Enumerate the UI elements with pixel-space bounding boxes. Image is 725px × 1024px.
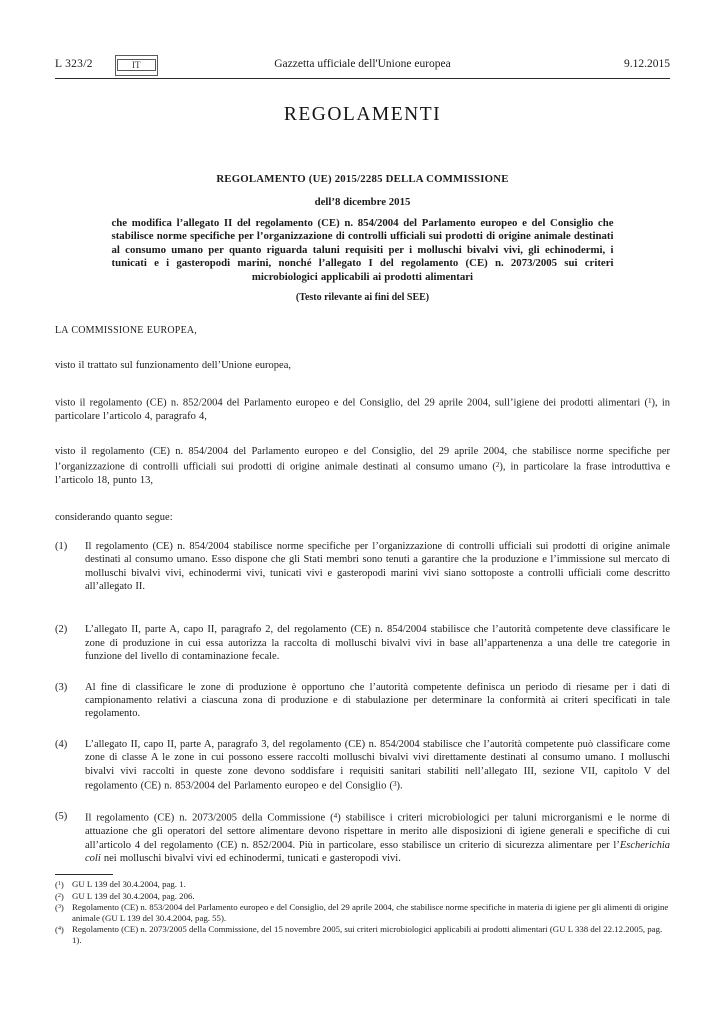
footnote-3: (3) Regolamento (CE) n. 853/2004 del Par… bbox=[55, 902, 670, 924]
footnote-separator-rule bbox=[55, 874, 113, 875]
issue-date: 9.12.2015 bbox=[624, 56, 670, 73]
citation-treaty: visto il trattato sul funzionamento dell… bbox=[55, 359, 670, 372]
recital-3: (3) Al fine di classificare le zone di p… bbox=[55, 681, 670, 721]
recital-text: Il regolamento (CE) n. 854/2004 stabilis… bbox=[85, 540, 670, 594]
recital-5: (5) Il regolamento (CE) n. 2073/2005 del… bbox=[55, 810, 670, 865]
recital-number: (4) bbox=[55, 738, 85, 793]
footnote-marker: (1) bbox=[55, 879, 72, 890]
recital-text: Al fine di classificare le zone di produ… bbox=[85, 681, 670, 721]
recital-2: (2) L’allegato II, parte A, capo II, par… bbox=[55, 623, 670, 663]
recital-number: (5) bbox=[55, 810, 85, 865]
footnote-text: Regolamento (CE) n. 853/2004 del Parlame… bbox=[72, 902, 670, 924]
citation-regulation-854-2004: visto il regolamento (CE) n. 854/2004 de… bbox=[55, 445, 670, 487]
act-subject: che modifica l’allegato II del regolamen… bbox=[112, 217, 614, 284]
footnote-text: Regolamento (CE) n. 2073/2005 della Comm… bbox=[72, 924, 670, 946]
footnote-2: (2) GU L 139 del 30.4.2004, pag. 206. bbox=[55, 891, 670, 902]
recital-1: (1) Il regolamento (CE) n. 854/2004 stab… bbox=[55, 540, 670, 594]
recital-text: L’allegato II, parte A, capo II, paragra… bbox=[85, 623, 670, 663]
footnote-1: (1) GU L 139 del 30.4.2004, pag. 1. bbox=[55, 879, 670, 890]
footnote-marker: (2) bbox=[55, 891, 72, 902]
act-title: REGOLAMENTO (UE) 2015/2285 DELLA COMMISS… bbox=[55, 173, 670, 185]
footnote-marker: (4) bbox=[55, 924, 72, 946]
section-title: REGOLAMENTI bbox=[55, 104, 670, 126]
act-date-line: dell’8 dicembre 2015 bbox=[55, 196, 670, 208]
footnotes-block: (1) GU L 139 del 30.4.2004, pag. 1. (2) … bbox=[55, 879, 670, 946]
recital-4: (4) L’allegato II, capo II, parte A, par… bbox=[55, 738, 670, 793]
recital-number: (2) bbox=[55, 623, 85, 663]
footnote-marker: (3) bbox=[55, 902, 72, 924]
recital-number: (1) bbox=[55, 540, 85, 594]
journal-page: L 323/2 IT Gazzetta ufficiale dell'Union… bbox=[0, 0, 725, 1024]
header-rule bbox=[55, 78, 670, 79]
footnote-text: GU L 139 del 30.4.2004, pag. 206. bbox=[72, 891, 670, 902]
recital-text: L’allegato II, capo II, parte A, paragra… bbox=[85, 738, 670, 793]
recital-number: (3) bbox=[55, 681, 85, 721]
recital-text: Il regolamento (CE) n. 2073/2005 della C… bbox=[85, 810, 670, 865]
footnote-text: GU L 139 del 30.4.2004, pag. 1. bbox=[72, 879, 670, 890]
preamble-opening: LA COMMISSIONE EUROPEA, bbox=[55, 324, 670, 337]
page-header: L 323/2 IT Gazzetta ufficiale dell'Union… bbox=[55, 55, 670, 74]
recitals-intro: considerando quanto segue: bbox=[55, 511, 670, 524]
journal-title: Gazzetta ufficiale dell'Unione europea bbox=[55, 56, 670, 73]
eea-relevance-note: (Testo rilevante ai fini del SEE) bbox=[55, 292, 670, 303]
footnote-4: (4) Regolamento (CE) n. 2073/2005 della … bbox=[55, 924, 670, 946]
citation-regulation-852-2004: visto il regolamento (CE) n. 852/2004 de… bbox=[55, 395, 670, 424]
